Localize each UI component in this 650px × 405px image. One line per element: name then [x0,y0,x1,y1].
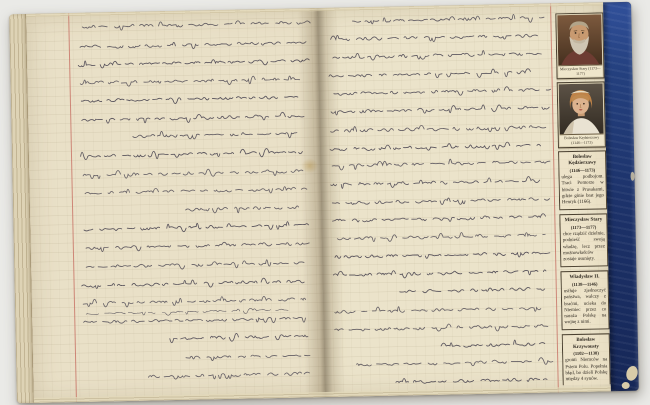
printed-history-column: Mieczysław Stary (1173—1177) [555,12,610,385]
entry-title: Mieczysław Stary [562,218,604,225]
entry-body: chce rządzić dzielnie, podnieść swoją wł… [563,231,606,263]
entry-title: Bolesław Kędzierzawy [561,155,603,168]
scanned-notebook-scene: Mieczysław Stary (1173—1177) [0,0,650,405]
portrait-caption: Bolesław Kędzierzawy (1146—1173) [560,133,604,146]
entry-body: usiłuje zjednoczyć państwa, walczy z bra… [564,288,607,326]
history-entry: Bolesław Krzywousty (1102—1138) gromi Ni… [562,334,611,386]
entry-dates: (1138—1146) [564,281,606,287]
right-page: Mieczysław Stary (1173—1177) [317,2,611,397]
handwriting-left-page [26,8,325,403]
entry-dates: (1146—1173) [561,167,603,173]
history-entries-list: Bolesław Kędzierzawy (1146—1173) ulega p… [558,151,611,386]
portrait-old-bearded-man-painting [557,14,602,65]
entry-body: ulega podbojom. Traci Pomorze w bitwie z… [562,175,605,207]
left-page [26,8,325,403]
entry-title: Władysław II. [564,275,606,282]
entry-dates: (1102—1138) [565,350,607,356]
history-entry: Władysław II. (1138—1146) usiłuje zjedno… [560,271,609,331]
history-entry: Mieczysław Stary (1173—1177) chce rządzi… [559,214,608,268]
portrait-caption: Mieczysław Stary (1173—1177) [558,64,602,77]
entry-title: Bolesław Krzywousty [565,338,607,351]
open-notebook: Mieczysław Stary (1173—1177) [9,2,639,403]
portrait-boleslaw-kedzierzawy: Bolesław Kędzierzawy (1146—1173) [557,81,606,148]
portrait-mieczyslaw-stary: Mieczysław Stary (1173—1177) [555,12,604,79]
history-entry: Bolesław Kędzierzawy (1146—1173) ulega p… [558,151,607,211]
entry-dates: (1173—1177) [562,224,604,230]
cover-wear-spot [630,172,634,181]
entry-body: gromi Niemców na Psiem Polu. Popełnia bł… [565,358,607,384]
portrait-young-curly-haired-man-painting [559,83,604,134]
